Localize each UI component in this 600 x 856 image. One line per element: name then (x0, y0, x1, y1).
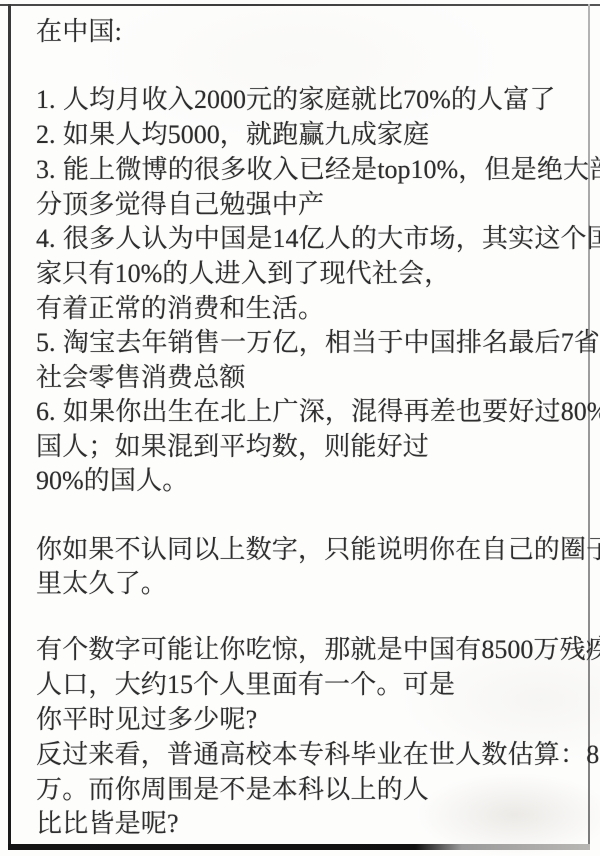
frame-border-top (0, 4, 600, 6)
list-item-6-line-wrap: 国人；如果混到平均数，则能好过 (36, 429, 580, 463)
paragraph-line: 比比皆是呢? (36, 806, 580, 841)
list-item-4-line: 4. 很多人认为中国是14亿人的大市场，其实这个国 (36, 221, 580, 256)
list-item-5-line-wrap: 社会零售消费总额 (36, 360, 580, 394)
paragraph-line: 你如果不认同以上数字，只能说明你在自己的圈子 (36, 532, 580, 566)
heading-block: 在中国: (36, 14, 580, 49)
list-item-5-line: 5. 淘宝去年销售一万亿，相当于中国排名最后7省的 (36, 325, 580, 360)
list-item-6-line-wrap2: 90%的国人。 (36, 463, 580, 498)
list-item-3-line: 3. 能上微博的很多收入已经是top10%，但是绝大部 (36, 152, 580, 187)
numbered-list-block: 1. 人均月收入2000元的家庭就比70%的人富了 2. 如果人均5000，就跑… (36, 82, 580, 498)
paragraph-line: 万。而你周围是不是本科以上的人 (36, 772, 580, 806)
paragraph-line: 反过来看，普通高校本专科毕业在世人数估算：8千 (36, 737, 580, 772)
paragraph-line: 人口，大约15个人里面有一个。可是 (36, 667, 580, 702)
paragraph-line: 有个数字可能让你吃惊，那就是中国有8500万残疾 (36, 632, 580, 667)
list-item-4-line-wrap: 家只有10%的人进入到了现代社会， (36, 256, 580, 291)
document-heading: 在中国: (36, 14, 580, 49)
list-item-2-line: 2. 如果人均5000，就跑赢九成家庭 (36, 117, 580, 152)
paragraph-disagree: 你如果不认同以上数字，只能说明你在自己的圈子 里太久了。 (36, 532, 580, 600)
paragraph-line: 里太久了。 (36, 566, 580, 600)
list-item-1-line: 1. 人均月收入2000元的家庭就比70%的人富了 (36, 82, 580, 117)
list-item-3-line-wrap: 分顶多觉得自己勉强中产 (36, 187, 580, 221)
frame-border-bottom (8, 844, 590, 850)
frame-border-left (8, 4, 11, 846)
paragraph-line: 你平时见过多少呢? (36, 702, 580, 737)
text-document: 在中国: 1. 人均月收入2000元的家庭就比70%的人富了 2. 如果人均50… (36, 14, 580, 841)
paragraph-statistics: 有个数字可能让你吃惊，那就是中国有8500万残疾 人口，大约15个人里面有一个。… (36, 632, 580, 841)
list-item-4-line-wrap2: 有着正常的消费和生活。 (36, 291, 580, 325)
list-item-6-line: 6. 如果你出生在北上广深，混得再差也要好过80% (36, 394, 580, 429)
